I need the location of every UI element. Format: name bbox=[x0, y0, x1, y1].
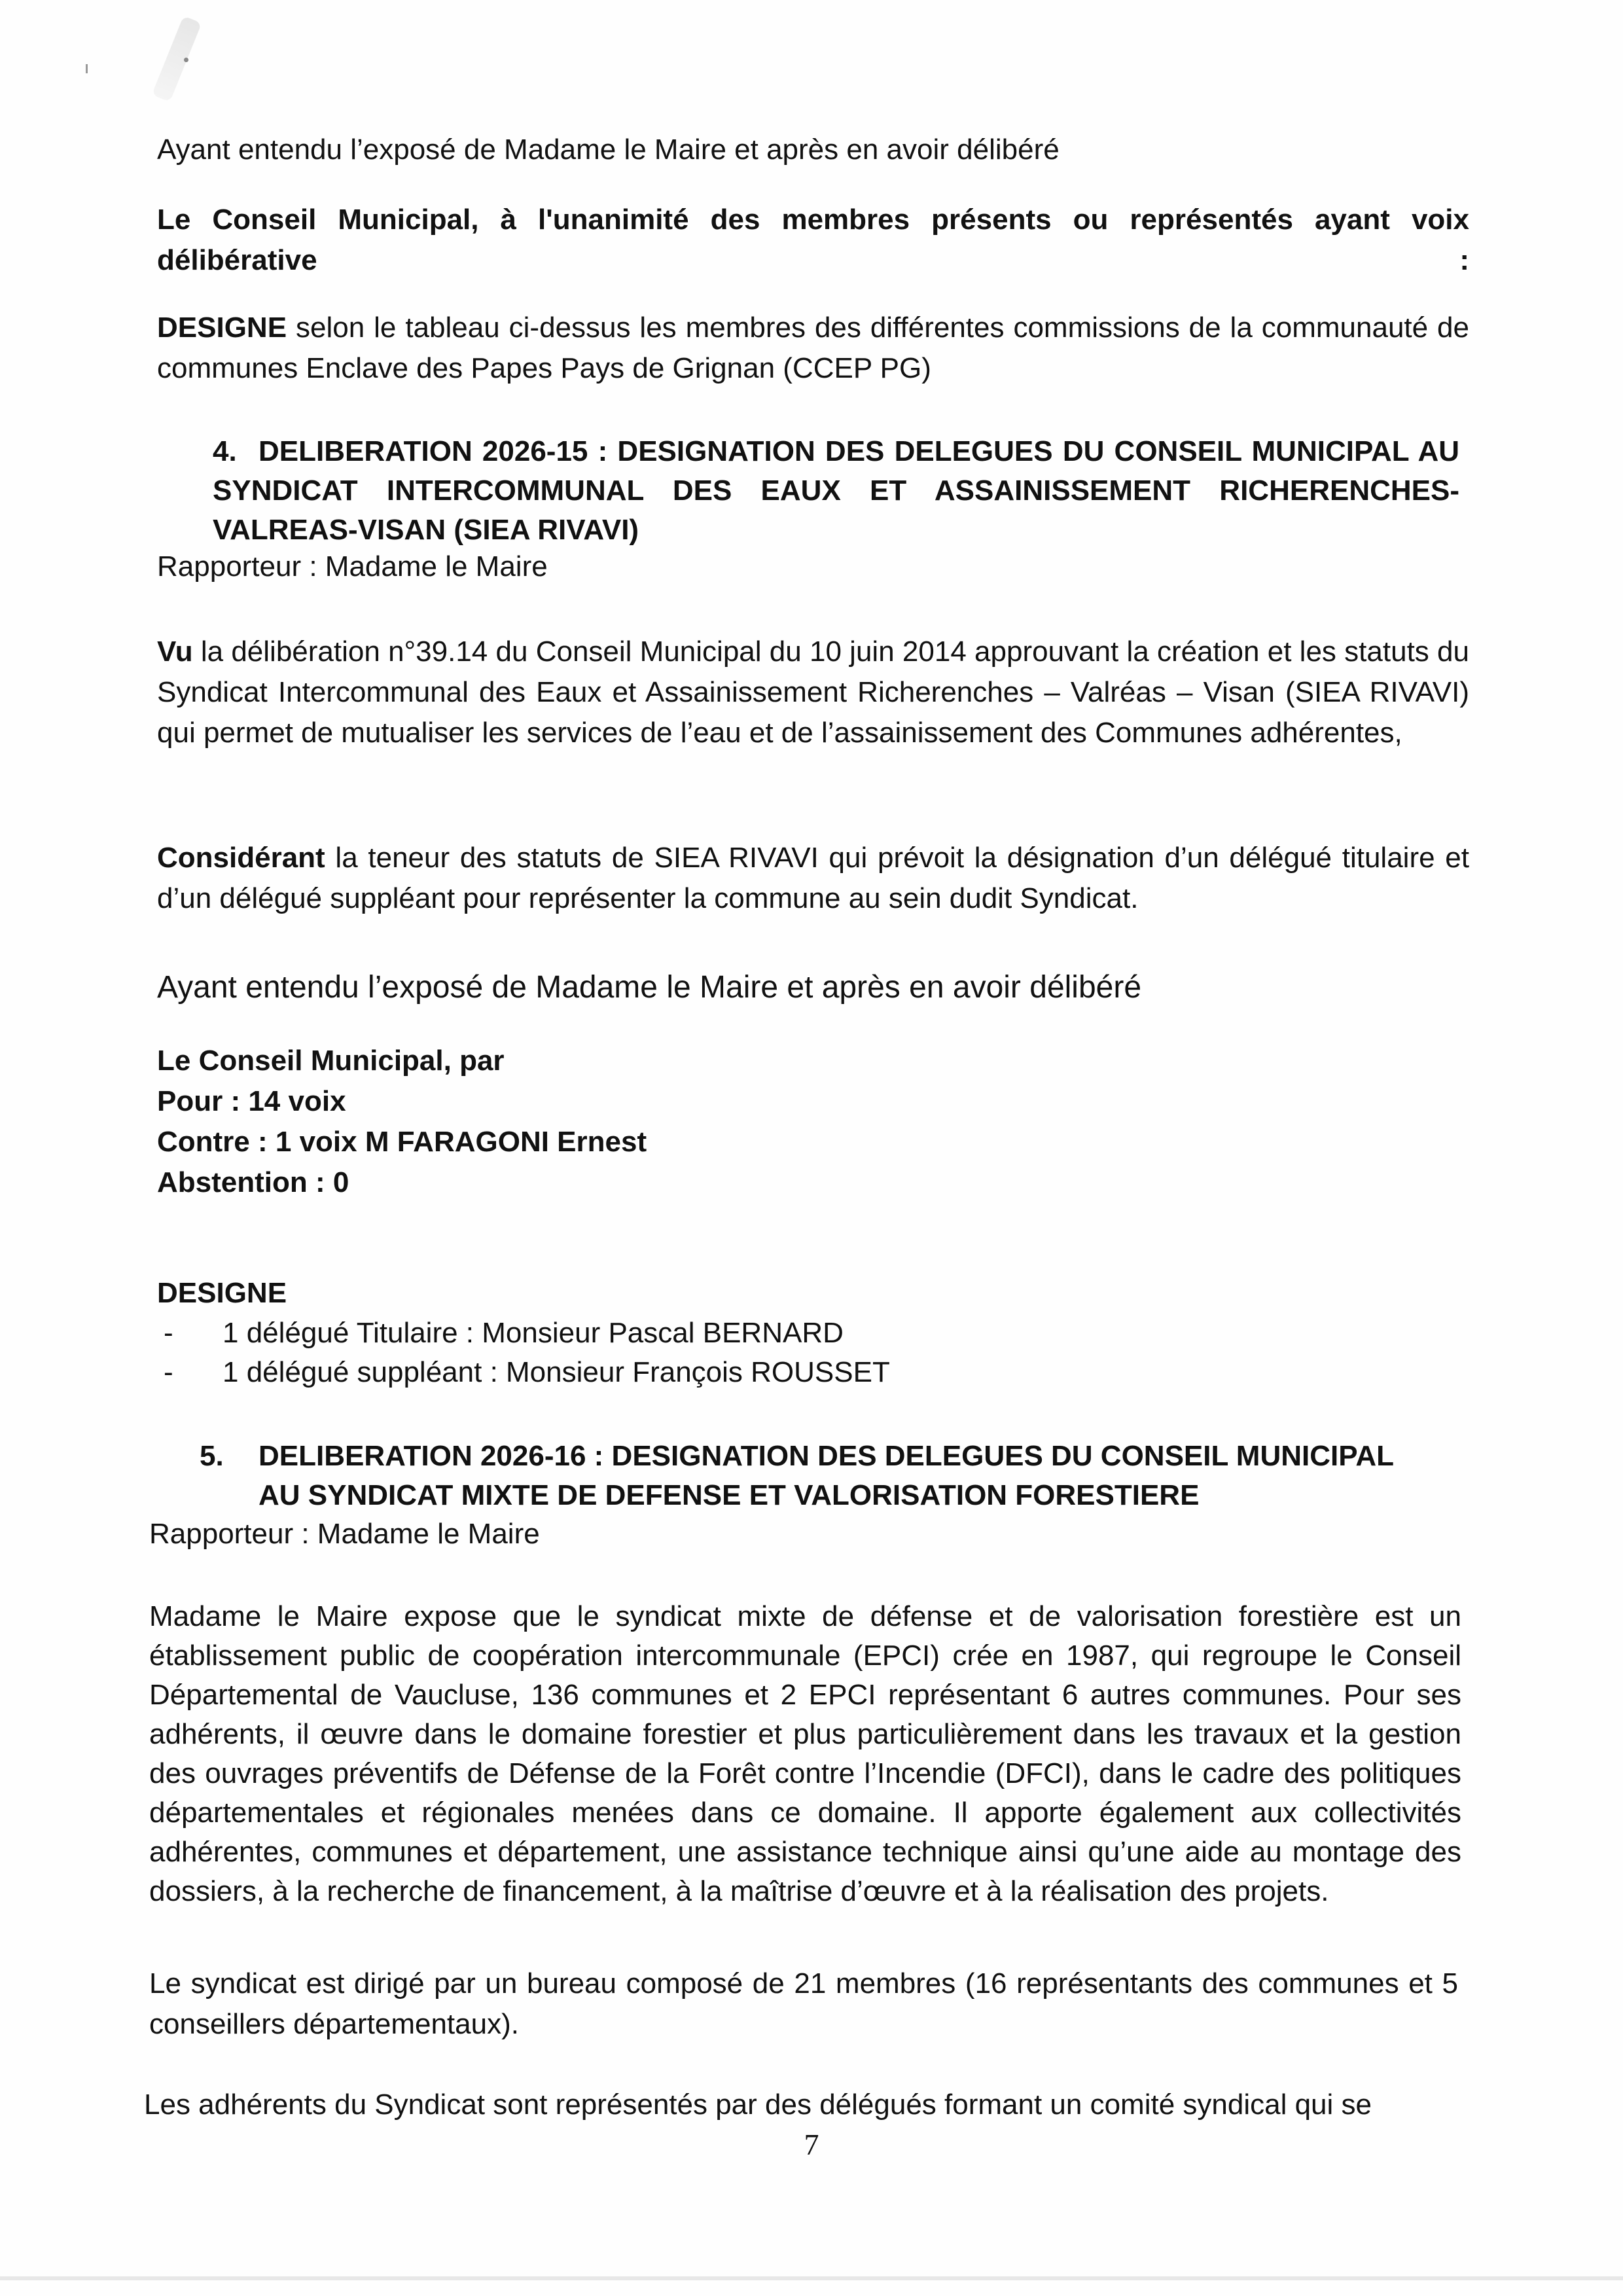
scan-artifact-dot bbox=[184, 58, 188, 62]
vote-abstention: Abstention : 0 bbox=[157, 1162, 1469, 1203]
scan-artifact-stroke bbox=[152, 16, 202, 102]
designates-keyword: DESIGNE bbox=[157, 312, 287, 344]
section-5-paragraph-1: Madame le Maire expose que le syndicat m… bbox=[149, 1597, 1461, 1911]
considerant-keyword: Considérant bbox=[157, 842, 325, 874]
document-page: Ayant entendu l’exposé de Madame le Mair… bbox=[0, 0, 1623, 2296]
designates-text: selon le tableau ci-dessus les membres d… bbox=[157, 312, 1469, 384]
delegate-item: - 1 délégué suppléant : Monsieur Françoi… bbox=[157, 1353, 1469, 1392]
page-number: 7 bbox=[0, 2127, 1623, 2162]
council-decision-prev: Le Conseil Municipal, à l'unanimité des … bbox=[157, 200, 1469, 281]
delegate-titulaire: 1 délégué Titulaire : Monsieur Pascal BE… bbox=[223, 1314, 844, 1353]
section-5-title-line1: DELIBERATION 2026-16 : DESIGNATION DES D… bbox=[259, 1440, 1394, 1472]
vu-text: la délibération n°39.14 du Conseil Munic… bbox=[157, 636, 1469, 749]
vote-intro: Le Conseil Municipal, par bbox=[157, 1041, 1469, 1081]
vu-paragraph: Vu la délibération n°39.14 du Conseil Mu… bbox=[157, 632, 1469, 753]
heard-statement-prev: Ayant entendu l’exposé de Madame le Mair… bbox=[157, 130, 1469, 170]
designates-list-4: DESIGNE - 1 délégué Titulaire : Monsieur… bbox=[157, 1273, 1469, 1392]
vote-contre: Contre : 1 voix M FARAGONI Ernest bbox=[157, 1122, 1469, 1162]
section-5-rapporteur: Rapporteur : Madame le Maire bbox=[149, 1514, 1461, 1554]
delegate-suppleant: 1 délégué suppléant : Monsieur François … bbox=[223, 1353, 890, 1392]
section-5-number: 5. bbox=[200, 1437, 259, 1476]
section-4-title: DELIBERATION 2026-15 : DESIGNATION DES D… bbox=[213, 435, 1459, 546]
considerant-text: la teneur des statuts de SIEA RIVAVI qui… bbox=[157, 842, 1469, 914]
designates-paragraph-prev: DESIGNE selon le tableau ci-dessus les m… bbox=[157, 308, 1469, 389]
vote-result: Le Conseil Municipal, par Pour : 14 voix… bbox=[157, 1041, 1469, 1203]
section-5-paragraph-2: Le syndicat est dirigé par un bureau com… bbox=[149, 1964, 1458, 2045]
vu-keyword: Vu bbox=[157, 636, 193, 668]
scan-artifact-tick bbox=[86, 64, 88, 73]
section-5-heading: 5.DELIBERATION 2026-16 : DESIGNATION DES… bbox=[200, 1437, 1443, 1515]
vote-pour: Pour : 14 voix bbox=[157, 1081, 1469, 1122]
section-5-title-line2: AU SYNDICAT MIXTE DE DEFENSE ET VALORISA… bbox=[200, 1476, 1443, 1515]
section-5-paragraph-3: Les adhérents du Syndicat sont représent… bbox=[144, 2085, 1459, 2125]
section-4-number: 4. bbox=[213, 432, 259, 471]
section-4-rapporteur: Rapporteur : Madame le Maire bbox=[157, 547, 1469, 587]
scan-bottom-edge bbox=[0, 2276, 1623, 2280]
designates-keyword-4: DESIGNE bbox=[157, 1273, 1469, 1314]
delegate-item: - 1 délégué Titulaire : Monsieur Pascal … bbox=[157, 1314, 1469, 1353]
section-4-heading: 4.DELIBERATION 2026-15 : DESIGNATION DES… bbox=[213, 432, 1459, 550]
heard-statement-4: Ayant entendu l’exposé de Madame le Mair… bbox=[157, 967, 1469, 1008]
considerant-paragraph: Considérant la teneur des statuts de SIE… bbox=[157, 838, 1469, 919]
